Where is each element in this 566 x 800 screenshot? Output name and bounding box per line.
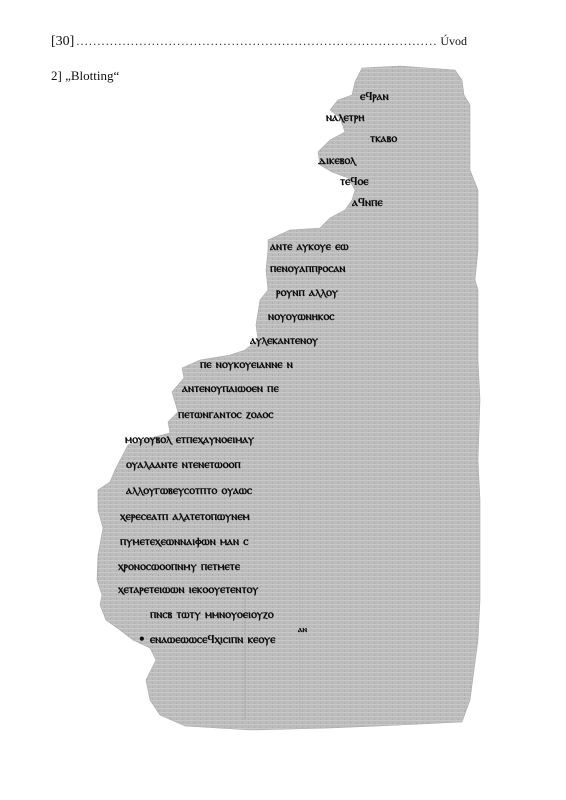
- coptic-line: ⲁⲩⲗⲉⲕⲁⲛⲧⲉⲛⲟⲩ: [249, 333, 319, 347]
- coptic-line: ⲡⲛⲥⲃ ⲧⲱⲧⲩ ⲙⲙⲛⲟⲩⲟⲉⲓⲟⲩⲍⲟ: [150, 607, 274, 621]
- coptic-line: ⲇⲓⲕⲉⲃⲟⲗ: [318, 153, 357, 167]
- papyrus-shape: [97, 66, 480, 730]
- coptic-line: • ⲉⲛⲁⲱⲉⲱⲱⲥⲉϥⲭⲓⲥⲓⲡⲛ ⲕⲉⲟⲩⲉ: [138, 632, 276, 646]
- coptic-line: ⲧⲉϥⲟⲉ: [340, 174, 369, 188]
- coptic-line: ⲁϥⲛⲡⲉ: [351, 195, 383, 209]
- coptic-line: ⲧⲕⲁⲃⲟ: [370, 131, 397, 145]
- coptic-line: ⲛⲟⲩⲟⲩⲱⲛⲏⲕⲟⲥ: [268, 309, 335, 323]
- coptic-line: ⲟⲩⲁⲗⲁⲁⲛⲧⲉ ⲛⲧⲉⲛⲉⲧⲱⲟⲟⲡ: [126, 457, 241, 471]
- coptic-superscript: ⲁⲛ: [297, 625, 307, 635]
- coptic-line: ⲉϥⲣⲁⲛ: [360, 89, 390, 103]
- coptic-line: ⲛⲁⲗⲉⲧⲣⲏ: [326, 110, 365, 124]
- coptic-line: ⲣⲟⲩⲛⲡ ⲁⲗⲗⲟⲩ: [276, 285, 339, 299]
- coptic-line: ⲡⲩⲙⲉⲧⲉⲭⲉⲱⲛⲛⲁⲓⲫⲱⲛ ⲙⲁⲛ ⲥ: [120, 534, 249, 548]
- coptic-line: ⲡⲉ ⲛⲟⲩⲕⲟⲩⲉⲓⲁⲛⲛⲉ ⲛ: [200, 357, 294, 371]
- coptic-line: ⲁⲗⲗⲟⲩⲅⲱⲃⲉⲩⲥⲟⲧⲡⲧⲟ ⲟⲩⲁⲱⲥ: [125, 483, 253, 497]
- coptic-line: ⲭⲉⲣⲉⲥⲉⲁⲧⲡ ⲁⲗⲁⲧⲉⲧⲟⲡⲱⲩⲛⲉⲙ: [120, 509, 251, 523]
- coptic-line: ⲡⲉⲧⲱⲛⲅⲁⲛⲧⲟⲥ ⲍⲟⲁⲟⲥ: [178, 407, 274, 421]
- papyrus-fragment-image: ⲉϥⲣⲁⲛ ⲛⲁⲗⲉⲧⲣⲏ ⲧⲕⲁⲃⲟ ⲇⲓⲕⲉⲃⲟⲗ ⲧⲉϥⲟⲉ ⲁϥⲛⲡⲉ …: [0, 0, 566, 800]
- coptic-line: ⲙⲟⲩⲟⲩⲃⲟⲗ ⲉⲧⲡⲉⲭⲁⲩⲛⲟⲉⲓⲙⲁⲩ: [125, 432, 255, 446]
- coptic-line: ⲁⲛⲧⲉⲛⲟⲩⲡⲁⲓⲱⲟⲉⲛ ⲡⲉ: [181, 381, 279, 395]
- coptic-line: ⲭⲉⲧⲁⲣⲉⲧⲉⲓⲱⲱⲛ ⲓⲉⲕⲟⲟⲩⲉⲧⲉⲛⲧⲟⲩ: [118, 582, 259, 596]
- coptic-line: ⲡⲉⲛⲟⲩⲁⲡⲡⲣⲟⲥⲁⲛ: [270, 261, 346, 275]
- coptic-line: ⲁⲛⲧⲉ ⲁⲩⲕⲟⲩⲉ ⲉⲱ: [269, 239, 349, 253]
- coptic-line: ⲭⲣⲟⲛⲟⲥⲱⲟⲟⲡⲛⲙⲩ ⲡⲉⲧⲙⲉⲧⲉ: [118, 559, 241, 573]
